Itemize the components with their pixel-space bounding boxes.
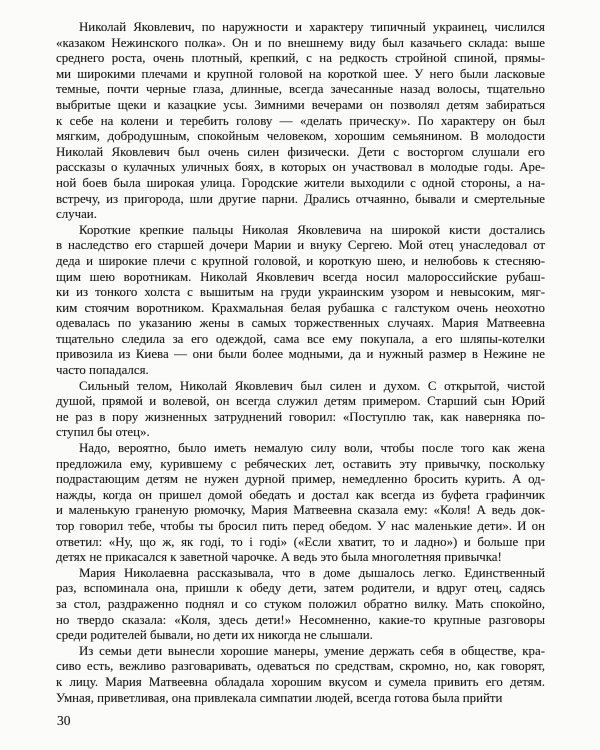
text-line: ки из тонкого холста с вышитым на груди … [56,285,545,301]
text-line: к лицу. Мария Матвеевна обладала хорошим… [56,675,545,691]
text-line: ступил бы отец». [56,425,545,441]
text-line: подрастающим детям не нужен дурной приме… [56,472,545,488]
text-line: случаи. [56,207,545,223]
text-line: Николай Яковлевич был очень силен физиче… [56,145,545,161]
text-line: выбритые щеки и казацкие усы. Зимними ве… [56,98,545,114]
text-line: Из семьи дети вынесли хорошие манеры, ум… [56,644,545,660]
text-line: мягким, добродушным, спокойным человеком… [56,129,545,145]
text-line: Короткие крепкие пальцы Николая Яковлеви… [56,223,545,239]
text-line: ной боев была широкая улица. Городские ж… [56,176,545,192]
text-line: сиво есть, вежливо разговаривать, одеват… [56,659,545,675]
text-line: среди родителей бывали, но дети их никог… [56,628,545,644]
text-line: привозила из Киева — они были более модн… [56,347,545,363]
text-line: не раз в пору жизненных затруднений гово… [56,410,545,426]
text-line: рассказы о кулачных уличных боях, в кото… [56,160,545,176]
text-line: темные, почти черные глаза, длинные, все… [56,82,545,98]
text-line: но твердо сказала: «Коля, здесь дети!» Н… [56,613,545,629]
text-line: одевалась по указанию жены в самых торже… [56,316,545,332]
text-block: Николай Яковлевич, по наружности и харак… [56,20,545,706]
text-line: встречу, из пригорода, шли другие парни.… [56,192,545,208]
text-line: Надо, вероятно, было иметь немалую силу … [56,441,545,457]
text-line: тщательно следила за его одеждой, сама в… [56,332,545,348]
text-line: в наследство его старшей дочери Марии и … [56,238,545,254]
page-number: 30 [57,713,71,729]
text-line: щим шею воротникам. Николай Яковлевич вс… [56,270,545,286]
text-line: детях не прикасался к заветной чарочке. … [56,550,545,566]
text-line: Сильный телом, Николай Яковлевич был сил… [56,379,545,395]
text-line: предложила ему, курившему с ребяческих л… [56,457,545,473]
text-line: ответил: «Ну, що ж, як годі, то і годі» … [56,535,545,551]
text-line: Мария Николаевна рассказывала, что в дом… [56,566,545,582]
text-line: к себе на колени и теребить голову — «де… [56,114,545,130]
text-line: «казаком Нежинского полка». Он и по внеш… [56,36,545,52]
text-line: раз, вспоминала она, пришли к обеду дети… [56,581,545,597]
text-line: ми широкими плечами и крупной головой на… [56,67,545,83]
text-line: ким стоячим воротником. Крахмальная бела… [56,301,545,317]
text-line: деда и широкие плечи с крупной головой, … [56,254,545,270]
text-line: часто попадался. [56,363,545,379]
text-line: за стол, раздраженно поднял и со стуком … [56,597,545,613]
text-line: душой, прямой и волевой, он всегда служи… [56,394,545,410]
text-line: Николай Яковлевич, по наружности и харак… [56,20,545,36]
text-line: нажды, когда он пришел домой обедать и д… [56,488,545,504]
text-line: среднего роста, очень плотный, крепкий, … [56,51,545,67]
text-line: тор говорил тебе, чтобы ты бросил пить п… [56,519,545,535]
book-page: Николай Яковлевич, по наружности и харак… [0,0,600,750]
text-line: Умная, приветливая, она привлекала симпа… [56,691,545,707]
text-line: и маленькую граненую рюмочку, Мария Матв… [56,503,545,519]
